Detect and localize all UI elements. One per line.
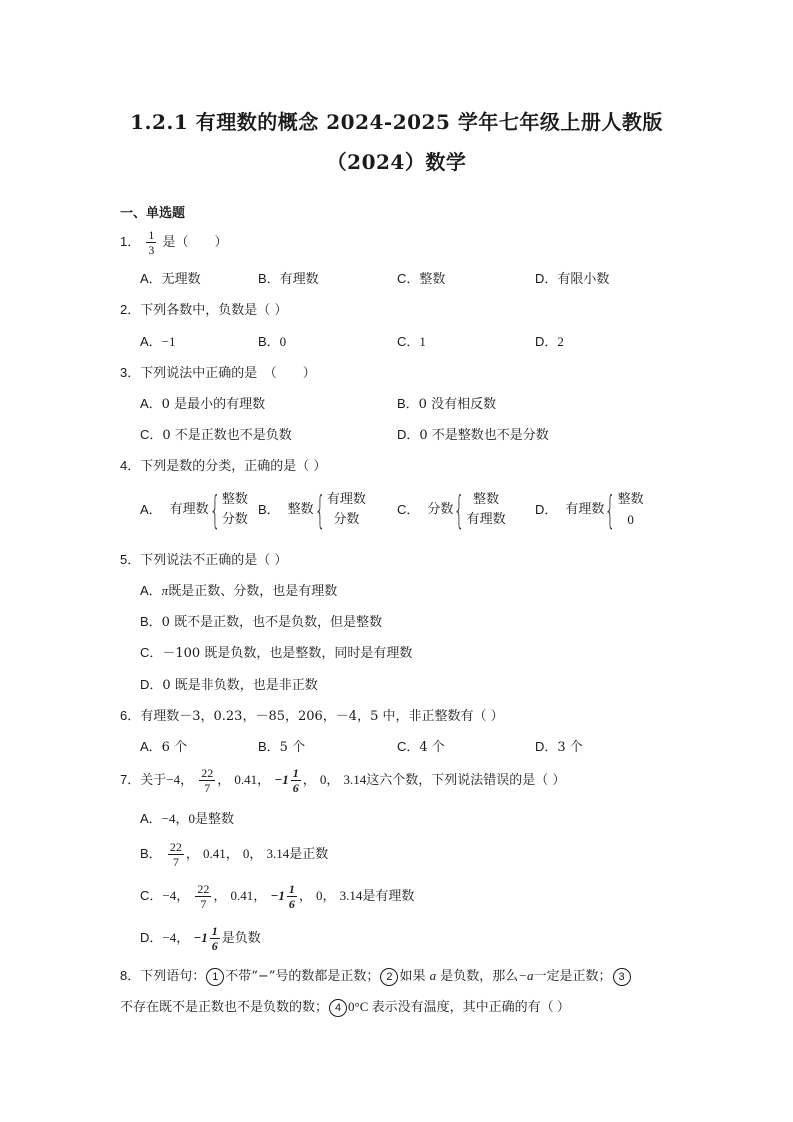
question-number: 1． [120, 234, 140, 249]
question-4: 4．下列是数的分类，正确的是（ ） [120, 457, 326, 476]
option-d[interactable]: D．3 个 [535, 738, 583, 757]
circled-number: 3 [613, 968, 631, 986]
option-c[interactable]: C．4 个 [397, 738, 445, 757]
option-d[interactable]: D． 有理数 { 整数0 [535, 490, 644, 530]
option-a[interactable]: A．6 个 [140, 738, 187, 757]
option-a[interactable]: A． 有理数 { 整数分数 [140, 490, 248, 530]
question-1: 1． 1 3 是（ ） [120, 228, 228, 257]
option-b[interactable]: B． 227， 0.41， 0， 3.14是正数 [140, 840, 328, 869]
document-title-line1: 1.2.1 有理数的概念 2024-2025 学年七年级上册人教版 [0, 106, 793, 135]
option-d[interactable]: D．0 不是整数也不是分数 [397, 426, 549, 445]
brace-icon: { [209, 491, 220, 529]
question-stem: 下列说法不正确的是（ ） [140, 553, 287, 568]
option-a[interactable]: A．−4，0是整数 [140, 810, 234, 829]
option-d[interactable]: D．2 [535, 333, 564, 352]
option-c[interactable]: C． 分数 { 整数有理数 [397, 490, 506, 530]
brace-icon: { [454, 491, 465, 529]
brace-icon: { [605, 491, 616, 529]
option-b[interactable]: B．0 [258, 333, 286, 352]
option-c[interactable]: C．整数 [397, 270, 445, 289]
question-7: 7．关于−4， 227， 0.41， −116， 0， 3.14这六个数，下列说… [120, 766, 565, 795]
option-a[interactable]: A．0 是最小的有理数 [140, 395, 265, 414]
option-b[interactable]: B．0 没有相反数 [397, 395, 496, 414]
option-b[interactable]: B．5 个 [258, 738, 305, 757]
circled-number: 2 [380, 968, 398, 986]
option-c[interactable]: C．1 [397, 333, 426, 352]
option-b[interactable]: B．0 既不是正数，也不是负数，但是整数 [140, 613, 382, 632]
fraction: 1 3 [146, 228, 156, 257]
option-c[interactable]: C．−4， 227， 0.41， −116， 0， 3.14是有理数 [140, 882, 414, 911]
section-heading: 一、单选题 [120, 202, 185, 221]
question-5: 5．下列说法不正确的是（ ） [120, 551, 287, 570]
option-a[interactable]: A．−1 [140, 333, 176, 352]
brace-icon: { [314, 491, 325, 529]
question-stem: 下列是数的分类，正确的是（ ） [140, 459, 326, 474]
option-d[interactable]: D．有限小数 [535, 270, 609, 289]
option-d[interactable]: D．0 既是非负数，也是非正数 [140, 676, 318, 695]
circled-number: 1 [206, 968, 224, 986]
option-c[interactable]: C．0 不是正数也不是负数 [140, 426, 292, 445]
option-c[interactable]: C．－100 既是负数，也是整数，同时是有理数 [140, 644, 412, 663]
option-d[interactable]: D．−4， −116是负数 [140, 924, 261, 953]
option-a[interactable]: A．π既是正数、分数，也是有理数 [140, 582, 337, 601]
question-3: 3．下列说法中正确的是 （ ） [120, 364, 316, 383]
document-title-line2: （2024）数学 [0, 146, 793, 175]
question-stem: 有理数－3，0.23，－85，206，－4，5 中，非正整数有（ ） [140, 709, 503, 724]
option-b[interactable]: B． 整数 { 有理数分数 [258, 490, 366, 530]
option-b[interactable]: B．有理数 [258, 270, 319, 289]
question-6: 6．有理数－3，0.23，－85，206，－4，5 中，非正整数有（ ） [120, 707, 504, 726]
option-a[interactable]: A．无理数 [140, 270, 201, 289]
question-2: 2．下列各数中，负数是（ ） [120, 301, 287, 320]
question-stem: 下列说法中正确的是 （ ） [140, 366, 316, 381]
question-8-line1: 8．下列语句：1不带“−”号的数都是正数；2如果 a 是负数，那么−a一定是正数… [120, 967, 632, 986]
question-stem: 是（ ） [163, 235, 228, 250]
circled-number: 4 [329, 999, 347, 1017]
question-stem: 下列各数中，负数是（ ） [140, 303, 287, 318]
question-8-line2: 不存在既不是正数也不是负数的数；40°C 表示没有温度，其中正确的有（ ） [120, 998, 570, 1017]
